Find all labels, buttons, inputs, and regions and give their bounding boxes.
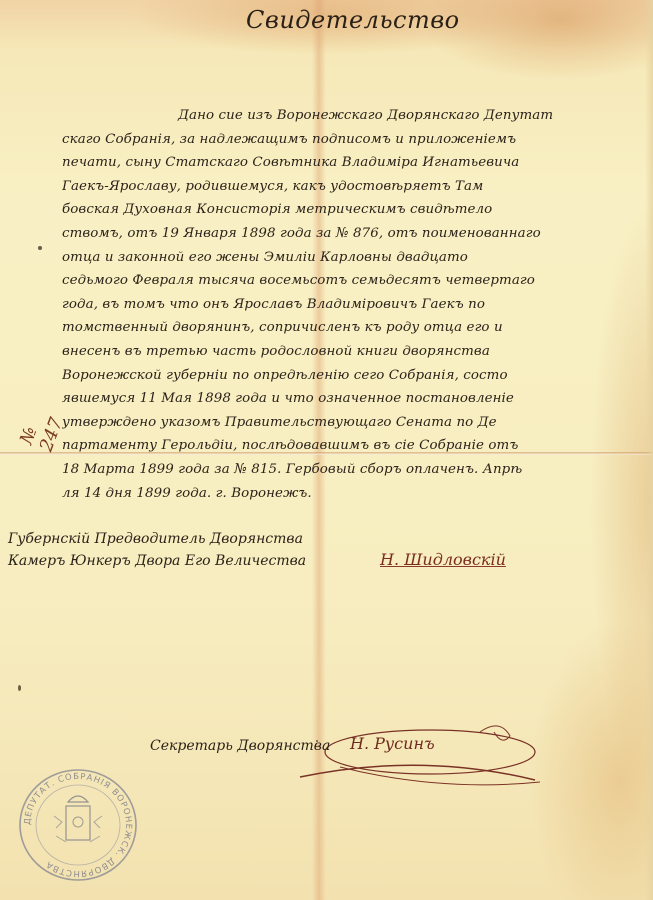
body-line: Гаекъ-Ярославу, родившемуся, какъ удосто… (62, 175, 642, 199)
body-line: явшемуся 11 Мая 1898 года и что означенн… (62, 387, 642, 411)
marshal-signature-block: Губернскій Предводитель Дворянства Камер… (8, 528, 408, 572)
body-line: внесенъ въ третью часть родословной книг… (62, 340, 642, 364)
body-line: утверждено указомъ Правительствующаго Се… (62, 411, 642, 435)
body-line: ля 14 дня 1899 года. г. Воронежъ. (62, 482, 642, 506)
marshal-title-line-1: Губернскій Предводитель Дворянства (8, 528, 408, 550)
svg-text:ДЕПУТАТ. СОБРАНІЯ ВОРОНЕЖСК. Д: ДЕПУТАТ. СОБРАНІЯ ВОРОНЕЖСК. ДВОРЯНСТВА (23, 772, 133, 878)
secretary-signature-flourish-icon (280, 712, 550, 802)
body-line: скаго Собранія, за надлежащимъ подписомъ… (62, 128, 642, 152)
body-line: года, въ томъ что онъ Ярославъ Владиміро… (62, 293, 642, 317)
body-line: ствомъ, отъ 19 Января 1898 года за № 876… (62, 222, 642, 246)
nobility-assembly-seal-icon: ДЕПУТАТ. СОБРАНІЯ ВОРОНЕЖСК. ДВОРЯНСТВА (16, 766, 140, 884)
marshal-title-line-2: Камеръ Юнкеръ Двора Его Величества (8, 550, 408, 572)
seal-inscription: ДЕПУТАТ. СОБРАНІЯ ВОРОНЕЖСК. ДВОРЯНСТВА (23, 772, 133, 878)
paper-right-edge (645, 0, 653, 900)
body-line: седьмого Февраля тысяча восемьсотъ семьд… (62, 269, 642, 293)
body-line: томственный дворянинъ, сопричисленъ къ р… (62, 316, 642, 340)
marshal-signature: Н. Шидловскій (380, 550, 506, 569)
body-line: Дано сие изъ Воронежскаго Дворянскаго Де… (70, 104, 642, 128)
secretary-signature: Н. Русинъ (350, 734, 435, 753)
body-line: Воронежской губерніи по опредѣленію сего… (62, 364, 642, 388)
margin-registry-number: № 247 (10, 360, 50, 450)
ink-speck (38, 246, 42, 250)
body-line: партаменту Герольдіи, послѣдовавшимъ въ … (62, 434, 642, 458)
document-title: Свидетельство (246, 6, 446, 34)
ink-speck (316, 740, 318, 742)
secretary-title: Секретарь Дворянства (150, 738, 330, 754)
body-line: 18 Марта 1899 года за № 815. Гербовый сб… (62, 458, 642, 482)
body-line: отца и законной его жены Эмиліи Карловны… (62, 246, 642, 270)
body-line: бовская Духовная Консисторія метрическим… (62, 198, 642, 222)
certificate-body: Дано сие изъ Воронежскаго Дворянскаго Де… (70, 104, 642, 505)
ink-speck (18, 685, 21, 691)
body-line: печати, сыну Статскаго Совѣтника Владимі… (62, 151, 642, 175)
